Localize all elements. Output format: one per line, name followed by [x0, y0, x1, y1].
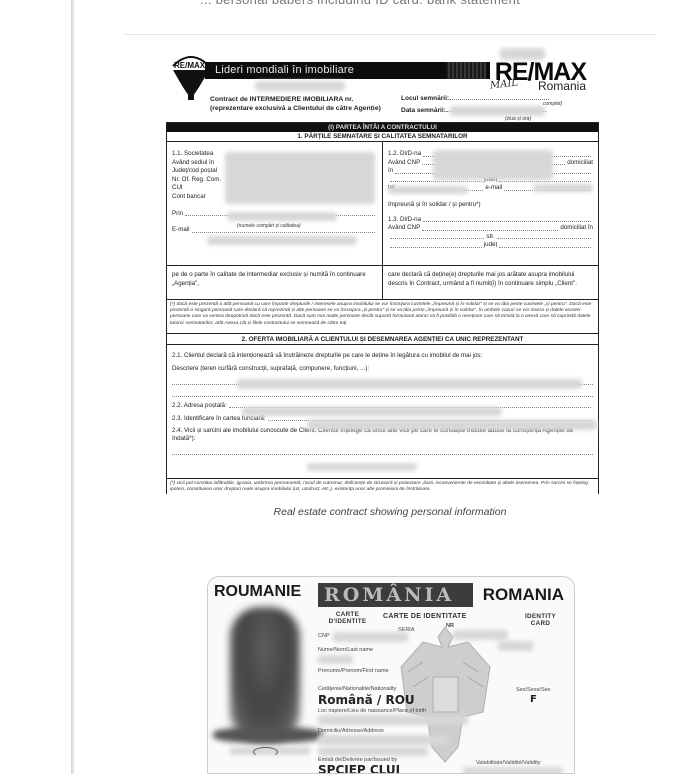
handwritten-mark: MAIL — [490, 78, 519, 92]
redacted-cnp — [333, 632, 408, 642]
redacted-lastname — [318, 655, 353, 664]
id-doc-en: IDENTITY CARD — [518, 613, 563, 627]
svg-text:RE/MAX: RE/MAX — [174, 61, 206, 70]
signature-mark — [253, 747, 278, 757]
redacted-postal-address — [242, 407, 502, 416]
parties-section: 1.1. Societatea Având sediul în Județ/co… — [167, 142, 598, 266]
page-left-border — [71, 0, 74, 774]
redacted-id-number — [453, 630, 508, 640]
redacted-agency-details — [225, 152, 375, 204]
redacted-land-registry — [307, 420, 597, 430]
contract-body: (I) PARTEA ÎNTÂI A CONTRACTULUI 1. PĂRȚI… — [166, 122, 599, 494]
remax-country: Romania — [538, 79, 586, 93]
redacted-client-email — [533, 184, 593, 192]
redacted-client-phone — [388, 186, 468, 194]
id-firstname-label: Prenume/Prenom/First name — [318, 668, 389, 674]
article-text-fragment: ... personal papers including ID card, b… — [200, 0, 520, 4]
id-card-image: ROUMANIE ROMÂNIA ROMANIA CARTE D'IDENTIT… — [207, 576, 575, 774]
id-issued-value: SPCJEP CLUJ — [318, 763, 400, 774]
agency-party: 1.1. Societatea Având sediul în Județ/co… — [167, 142, 382, 265]
redacted-address — [318, 735, 448, 745]
id-validity-label: Valabilitate/Validité/Validity — [476, 760, 541, 766]
property-offer-section: 2.1. Clientul declară că intenționează s… — [167, 345, 598, 465]
id-address-label: Domiciliu/Adresse/Address — [318, 728, 384, 734]
redacted-signing-date — [450, 106, 545, 116]
redacted-agency-email — [207, 236, 357, 245]
section2-title: 2. OFERTA IMOBILIARĂ A CLIENTULUI ȘI DES… — [167, 334, 598, 345]
redacted-address-2 — [318, 747, 428, 756]
id-birthplace-label: Loc naștere/Lieu de naissance/Place of b… — [318, 708, 426, 714]
part-header: (I) PARTEA ÎNTÂI A CONTRACTULUI — [167, 123, 598, 132]
redacted-client-details — [433, 150, 553, 180]
redacted-birthplace — [318, 715, 468, 725]
brand-tagline: Lideri mondiali în imobiliare — [215, 64, 354, 76]
id-photo-blurred — [230, 607, 300, 742]
id-nationality-value: Română / ROU — [318, 693, 415, 707]
redacted-contract-number-2 — [255, 81, 345, 91]
contract-caption: Real estate contract showing personal in… — [200, 506, 580, 518]
footnote-parties: (*) dacă este prezentă o altă persoană c… — [167, 300, 598, 334]
id-cnp-label: CNP — [318, 633, 330, 639]
footnote-defects: (*) vicii pot constitui infiltrațiile, i… — [167, 478, 598, 494]
client-party: 1.2. Dl/D-na Având CNPdomiciliat înstr. … — [382, 142, 598, 265]
redacted-representative — [227, 212, 337, 221]
brand-tagline-bar: Lideri mondiali în imobiliare — [205, 62, 490, 79]
id-lastname-label: Nume/Nom/Last name — [318, 647, 373, 653]
id-title-en: ROMANIA — [483, 585, 564, 605]
redacted-defects — [307, 463, 417, 471]
redacted-property-description — [237, 379, 582, 389]
id-doc-fr: CARTE D'IDENTITE — [320, 611, 375, 625]
id-title-ro-banner: ROMÂNIA — [318, 583, 473, 607]
section1-title: 1. PĂRȚILE SEMNATARE ȘI CALITATEA SEMNAT… — [167, 132, 598, 142]
id-sex-value: F — [530, 694, 537, 705]
redacted-validity — [463, 767, 563, 774]
id-sex-label: Sex/Sexe/Sex — [516, 687, 551, 693]
section-divider — [124, 34, 656, 35]
id-title-fr: ROUMANIE — [214, 583, 301, 601]
redacted-id-extra — [498, 641, 533, 651]
id-nationality-label: Cetățenie/Nationalité/Nationality — [318, 686, 396, 692]
contract-image: RE/MAX Lideri mondiali în imobiliare RE/… — [165, 46, 600, 494]
parties-closing: pe de o parte în calitate de intermediar… — [167, 266, 598, 300]
contract-title: Contract de INTERMEDIERE IMOBILIARA nr. … — [210, 95, 381, 113]
